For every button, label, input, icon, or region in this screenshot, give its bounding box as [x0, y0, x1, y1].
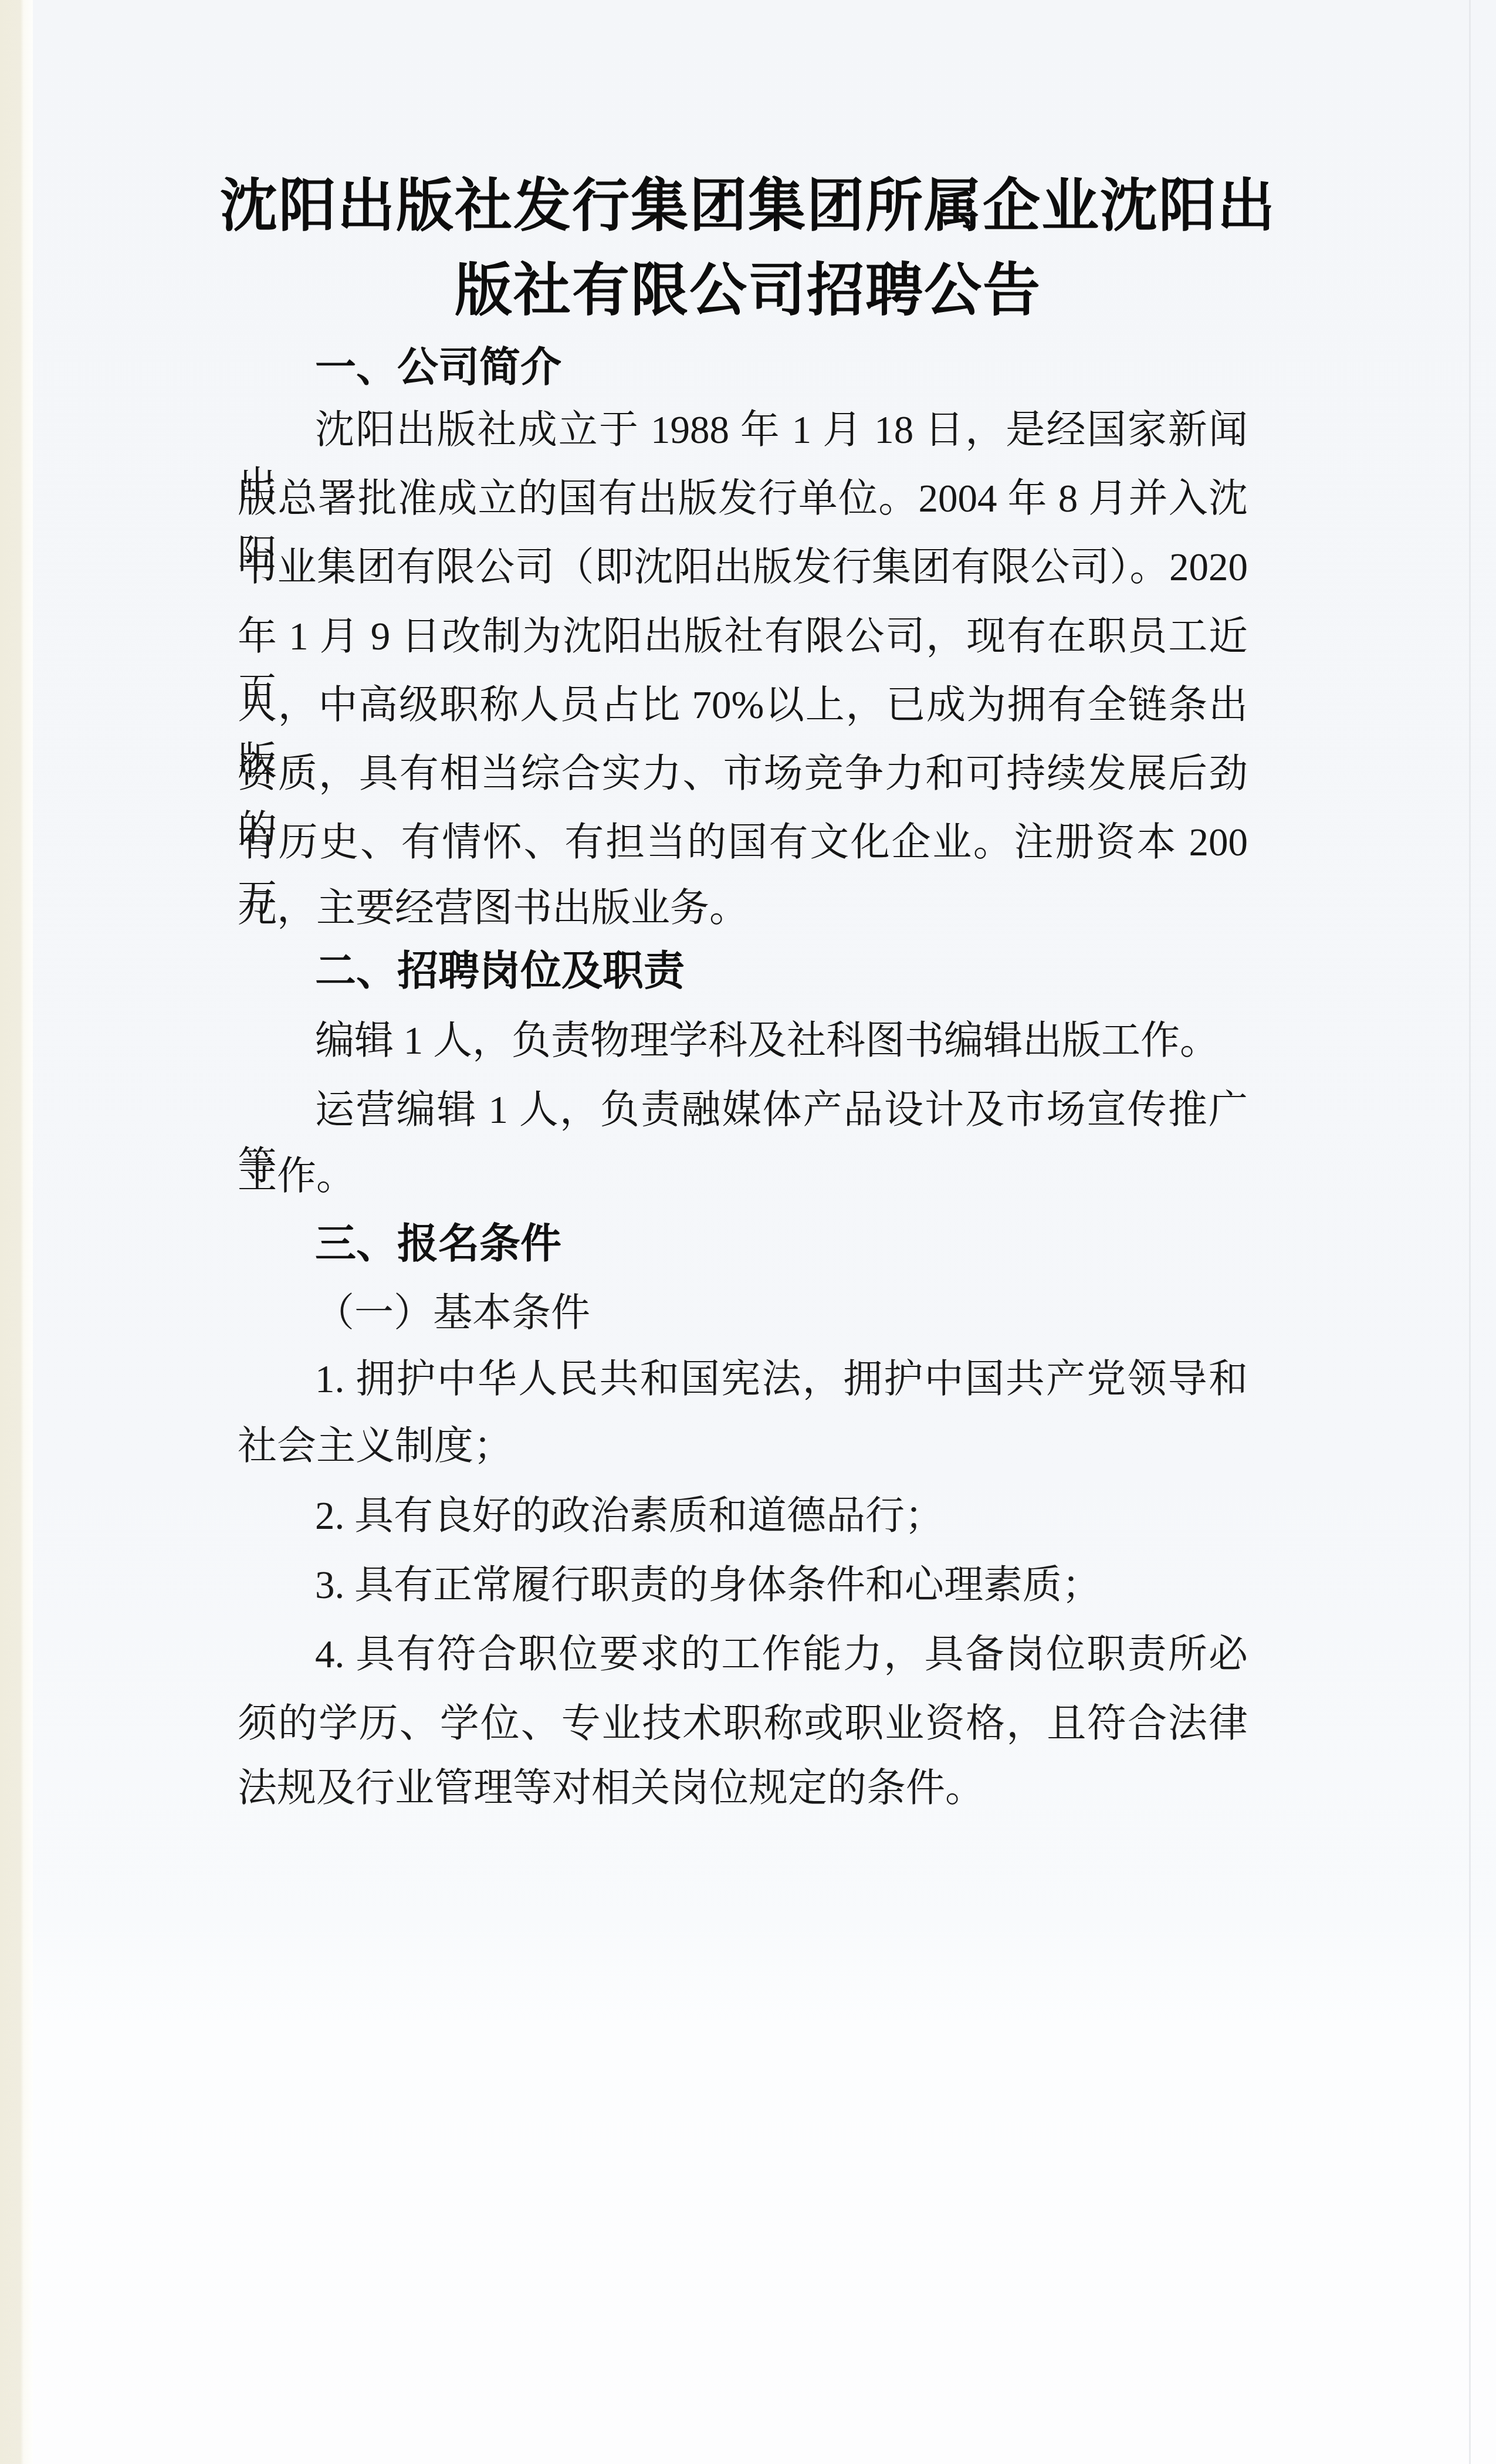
section-heading-positions: 二、招聘岗位及职责: [238, 943, 1248, 999]
item-line: 法规及行业管理等对相关岗位规定的条件。: [238, 1760, 1248, 1816]
section-heading-company-intro: 一、公司简介: [238, 339, 1248, 395]
item-line: 社会主义制度；: [238, 1418, 1248, 1474]
subsection-heading-basic-conditions: （一）基本条件: [238, 1285, 1248, 1341]
body-line: 书业集团有限公司（即沈阳出版发行集团有限公司）。2020: [238, 539, 1248, 595]
body-line: 元，主要经营图书出版业务。: [238, 880, 1248, 936]
body-line: 工作。: [238, 1148, 1248, 1204]
page-edge-strip: [0, 0, 33, 2464]
scanner-seam-line: [1469, 0, 1471, 2464]
item-line: 2. 具有良好的政治素质和道德品行；: [238, 1488, 1248, 1544]
item-line: 须的学历、学位、专业技术职称或职业资格，且符合法律: [238, 1695, 1248, 1752]
item-line: 3. 具有正常履行职责的身体条件和心理素质；: [238, 1557, 1248, 1613]
item-line: 4. 具有符合职位要求的工作能力，具备岗位职责所必: [238, 1626, 1248, 1683]
scanned-document-page: 沈阳出版社发行集团集团所属企业沈阳出 版社有限公司招聘公告 一、公司简介 沈阳出…: [0, 0, 1496, 2464]
document-title-line-1: 沈阳出版社发行集团集团所属企业沈阳出: [0, 174, 1496, 239]
item-line: 1. 拥护中华人民共和国宪法，拥护中国共产党领导和: [238, 1351, 1248, 1407]
body-line: 编辑 1 人，负责物理学科及社科图书编辑出版工作。: [238, 1013, 1248, 1069]
section-heading-requirements: 三、报名条件: [238, 1216, 1248, 1272]
document-title-line-2: 版社有限公司招聘公告: [0, 259, 1496, 323]
